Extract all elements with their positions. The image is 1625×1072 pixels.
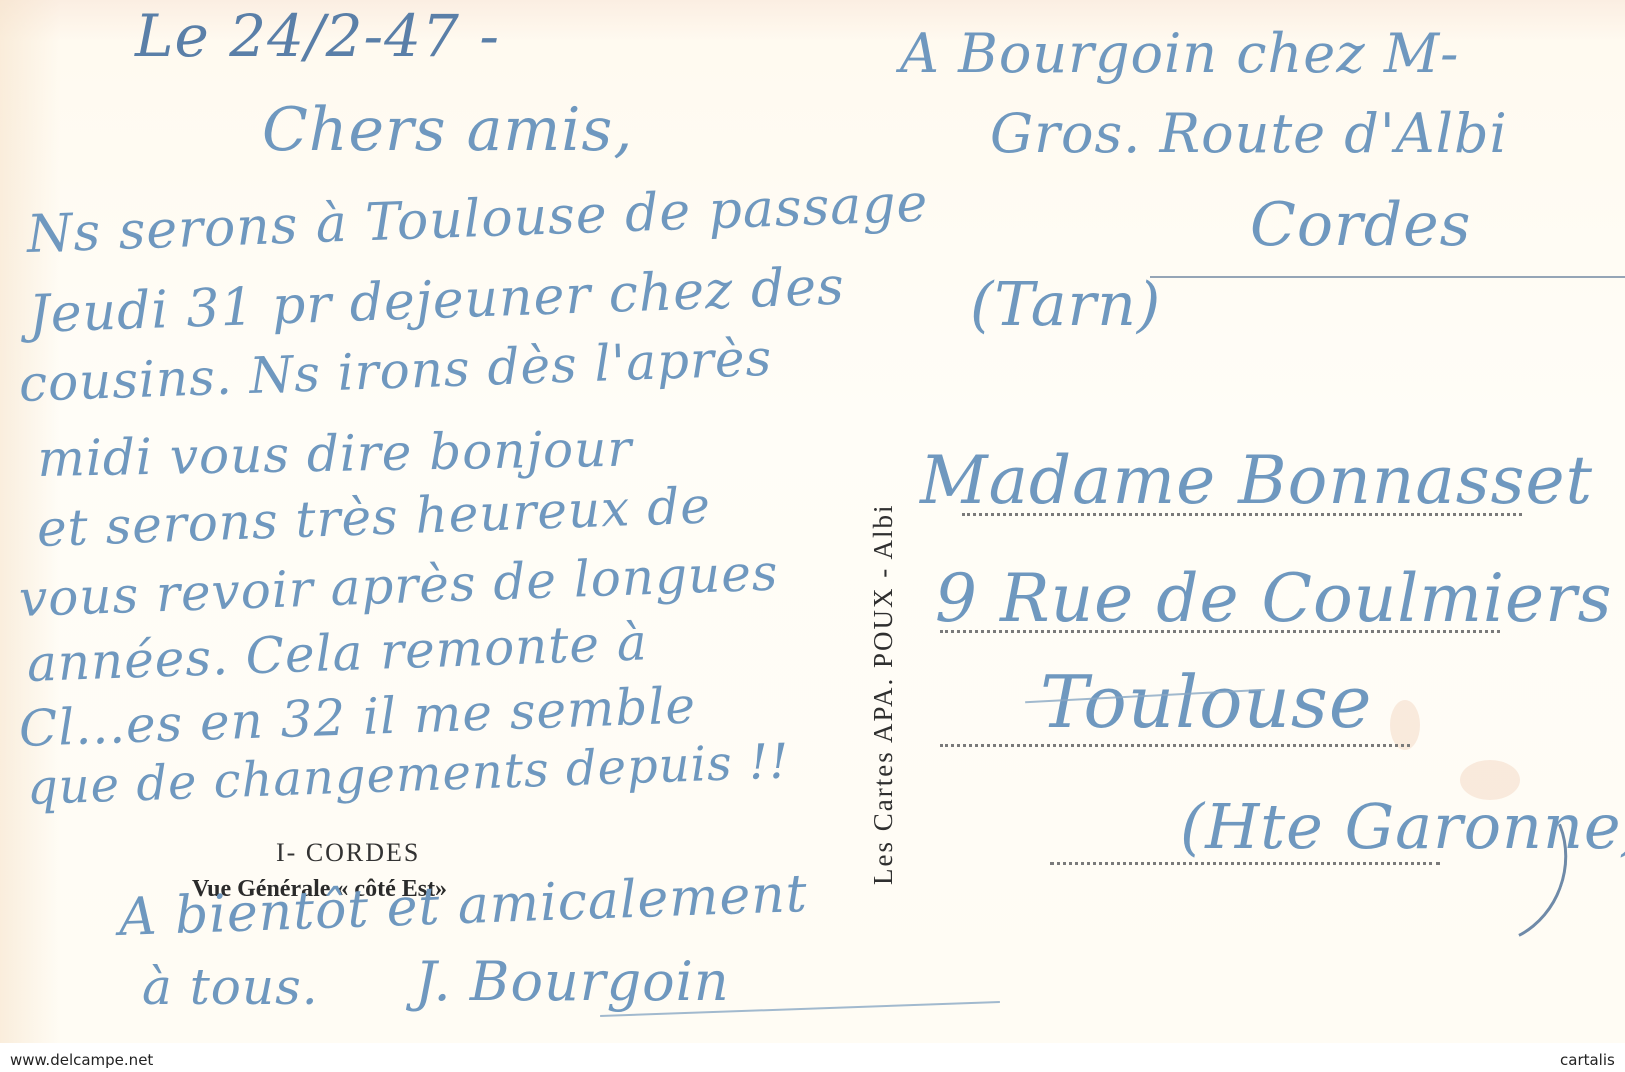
recipient-street: 9 Rue de Coulmiers	[935, 560, 1613, 637]
postcard-back: Le 24/2-47 - Chers amis, Ns serons à Tou…	[0, 0, 1625, 1043]
address-line-2	[940, 630, 1500, 633]
sender-line-3: Cordes	[1250, 190, 1471, 260]
message-closing-line2: à tous.	[142, 958, 319, 1016]
watermark-delcampe: www.delcampe.net	[10, 1051, 153, 1069]
address-line-4	[1050, 862, 1440, 865]
message-line: midi vous dire bonjour	[37, 420, 633, 488]
watermark-cartalis: cartalis	[1560, 1051, 1615, 1069]
sender-underline	[1150, 276, 1625, 278]
sender-line-1: A Bourgoin chez M-	[900, 22, 1459, 85]
address-line-3	[940, 744, 1410, 747]
recipient-name: Madame Bonnasset	[920, 442, 1593, 519]
publisher-imprint: Les Cartes APA. POUX - Albi	[868, 503, 899, 885]
sender-line-4: (Tarn)	[970, 270, 1161, 340]
address-line-1	[962, 513, 1522, 516]
message-date: Le 24/2-47 -	[135, 2, 500, 70]
message-line: Ns serons à Toulouse de passage	[26, 174, 929, 265]
sender-line-2: Gros. Route d'Albi	[990, 102, 1508, 165]
caption-title: I- CORDES	[276, 838, 420, 868]
message-salutation: Chers amis,	[262, 95, 633, 165]
recipient-city: Toulouse	[1040, 660, 1372, 744]
message-line: et serons très heureux de	[36, 477, 712, 558]
signature: J. Bourgoin	[415, 950, 730, 1013]
foxing-stain	[1390, 700, 1420, 750]
message-line: vous revoir après de longues	[18, 544, 779, 628]
